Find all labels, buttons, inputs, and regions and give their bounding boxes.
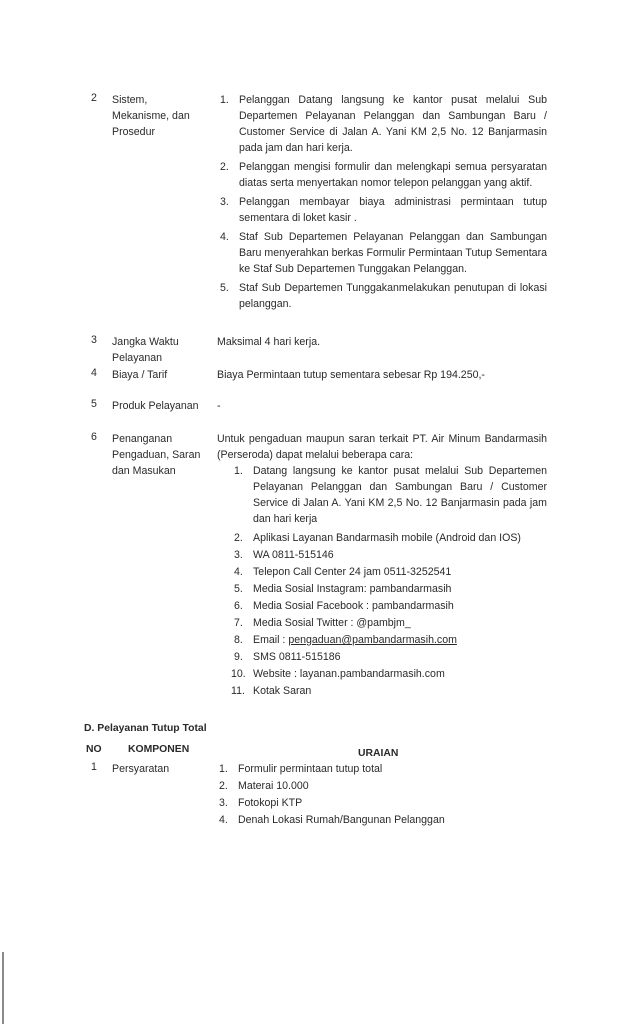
header-komponen: KOMPONEN bbox=[128, 744, 189, 755]
procedure-list: 1.Pelanggan Datang langsung ke kantor pu… bbox=[217, 92, 547, 312]
email-link[interactable]: pengaduan@pambandarmasih.com bbox=[288, 634, 457, 646]
requirements-list: 1.Formulir permintaan tutup total 2.Mate… bbox=[216, 761, 546, 828]
row-uraian: - bbox=[217, 398, 547, 414]
row-komponen: Penanganan Pengaduan, Saran dan Masukan bbox=[112, 431, 207, 479]
list-item: 8.Email : pengaduan@pambandarmasih.com bbox=[231, 632, 547, 648]
row-number: 1 bbox=[91, 761, 97, 773]
list-item: 4.Denah Lokasi Rumah/Bangunan Pelanggan bbox=[216, 812, 546, 828]
row-uraian: Maksimal 4 hari kerja. bbox=[217, 334, 547, 350]
complaint-channels-list: 1.Datang langsung ke kantor pusat melalu… bbox=[231, 463, 547, 699]
row-komponen: Sistem, Mekanisme, dan Prosedur bbox=[112, 92, 207, 140]
row-komponen: Jangka Waktu Pelayanan bbox=[112, 334, 192, 366]
row-number: 5 bbox=[91, 398, 97, 410]
list-item: 3.Pelanggan membayar biaya administrasi … bbox=[217, 194, 547, 226]
list-item: 9.SMS 0811-515186 bbox=[231, 649, 547, 665]
list-item: 2.Pelanggan mengisi formulir dan melengk… bbox=[217, 159, 547, 191]
list-item: 6.Media Sosial Facebook : pambandarmasih bbox=[231, 598, 547, 614]
row-number: 4 bbox=[91, 367, 97, 379]
list-item: 5.Staf Sub Departemen Tunggakanmelakukan… bbox=[217, 280, 547, 312]
list-item: 2.Aplikasi Layanan Bandarmasih mobile (A… bbox=[231, 530, 547, 546]
header-no: NO bbox=[86, 744, 102, 755]
list-item: 2.Materai 10.000 bbox=[216, 778, 546, 794]
row-number: 2 bbox=[91, 92, 97, 104]
row-uraian: Biaya Permintaan tutup sementara sebesar… bbox=[217, 367, 547, 383]
list-item: 3.WA 0811-515146 bbox=[231, 547, 547, 563]
list-item: 1.Formulir permintaan tutup total bbox=[216, 761, 546, 777]
row-number: 3 bbox=[91, 334, 97, 346]
list-item: 10.Website : layanan.pambandarmasih.com bbox=[231, 666, 547, 682]
list-item: 4.Staf Sub Departemen Pelayanan Pelangga… bbox=[217, 229, 547, 277]
row-uraian: 1.Pelanggan Datang langsung ke kantor pu… bbox=[217, 92, 547, 315]
row-uraian: Untuk pengaduan maupun saran terkait PT.… bbox=[217, 431, 547, 700]
scan-edge-line bbox=[2, 952, 4, 1024]
row-komponen: Persyaratan bbox=[112, 761, 207, 777]
list-item: 11.Kotak Saran bbox=[231, 683, 547, 699]
row-komponen: Produk Pelayanan bbox=[112, 398, 207, 414]
row-uraian: 1.Formulir permintaan tutup total 2.Mate… bbox=[216, 761, 546, 829]
row-number: 6 bbox=[91, 431, 97, 443]
complaint-intro: Untuk pengaduan maupun saran terkait PT.… bbox=[217, 431, 547, 463]
section-title: D. Pelayanan Tutup Total bbox=[84, 723, 207, 734]
list-item: 4.Telepon Call Center 24 jam 0511-325254… bbox=[231, 564, 547, 580]
list-item: 1.Datang langsung ke kantor pusat melalu… bbox=[231, 463, 547, 527]
list-item: 7.Media Sosial Twitter : @pambjm_ bbox=[231, 615, 547, 631]
list-item: 5.Media Sosial Instagram: pambandarmasih bbox=[231, 581, 547, 597]
list-item: 3.Fotokopi KTP bbox=[216, 795, 546, 811]
list-item: 1.Pelanggan Datang langsung ke kantor pu… bbox=[217, 92, 547, 156]
header-uraian: URAIAN bbox=[358, 748, 398, 759]
row-komponen: Biaya / Tarif bbox=[112, 367, 207, 383]
